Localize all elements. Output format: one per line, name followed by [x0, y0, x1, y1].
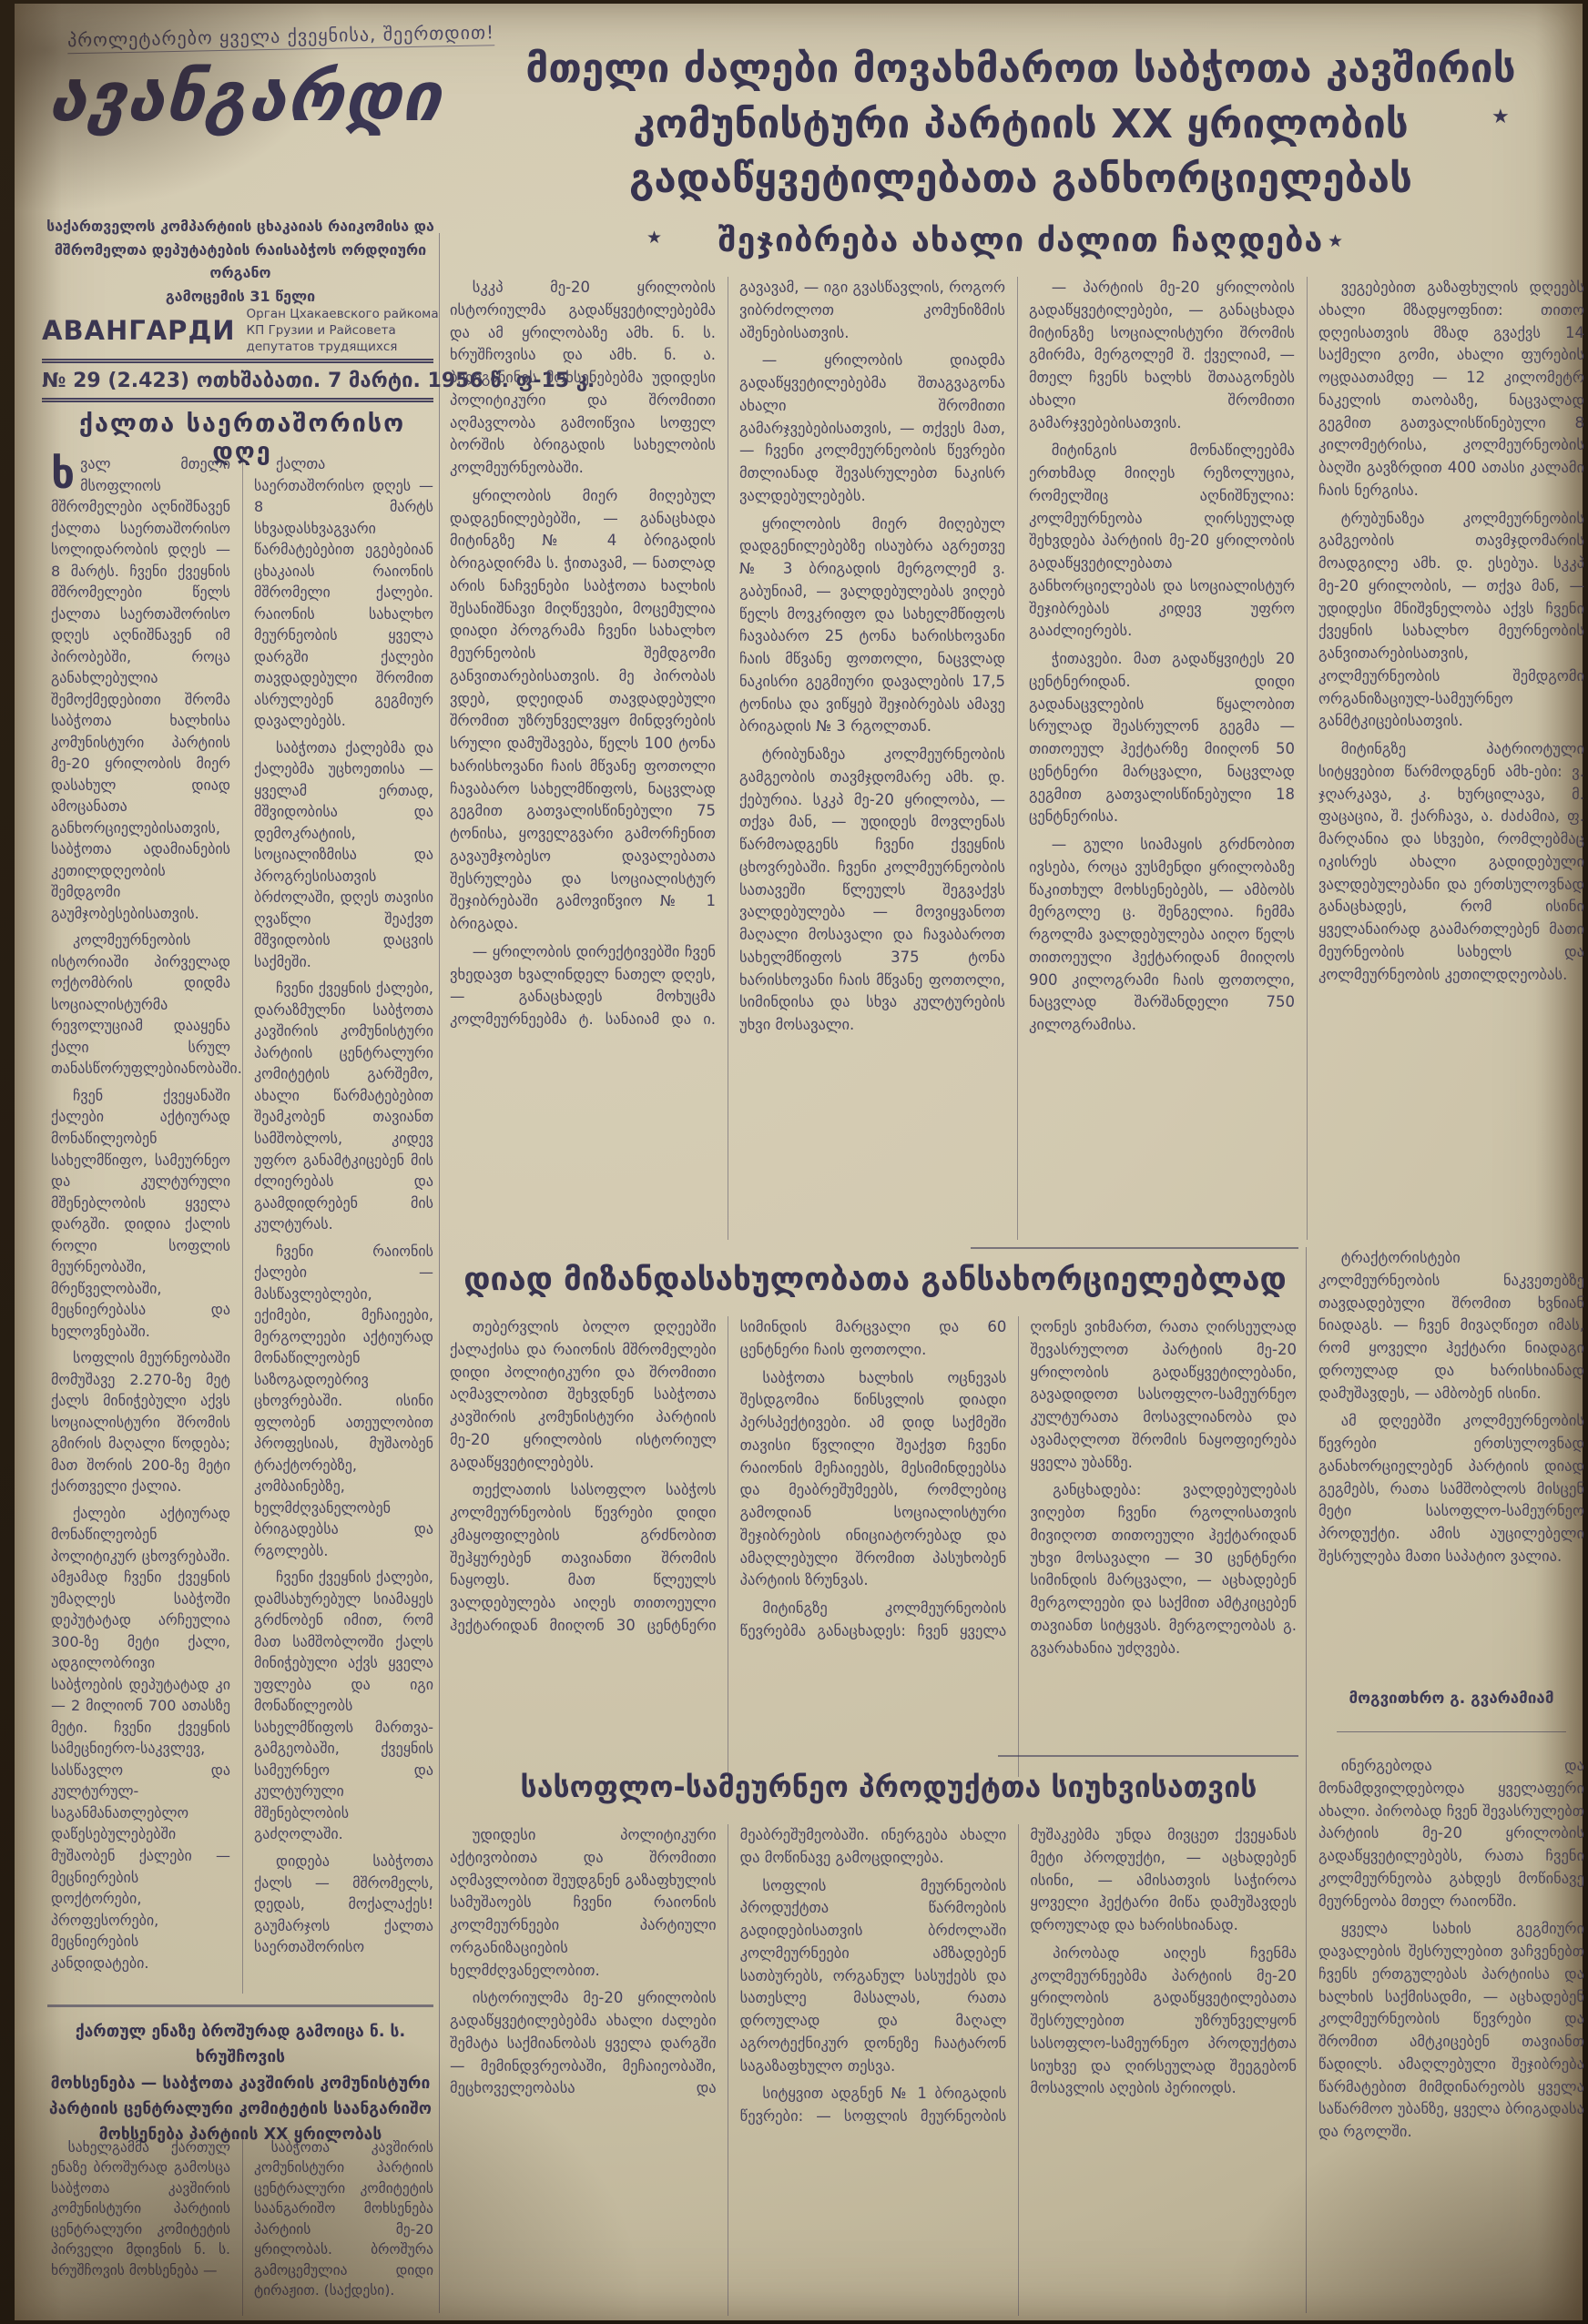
- byline: მოგვითხრო გ. გვარამიამ: [1318, 1690, 1584, 1708]
- paragraph: სკკპ მე-20 ყრილობის ისტორიულმა გადაწყვეტ…: [450, 277, 716, 480]
- paragraph: სოფლის მეურნეობაში მომუშავე 2.270-ზე მეტ…: [51, 1347, 230, 1497]
- russian-masthead: АВАНГАРДИ Орган Цхакаевского райкома КП …: [42, 306, 439, 356]
- masthead-subtitle-line2: მშრომელთა დეპუტატების რაისაბჭოს ორდღიური…: [42, 238, 439, 285]
- slogan-text: პროლეტარებო ყველა ქვეყნისა, შეერთდით!: [67, 21, 494, 54]
- agri-headline: სასოფლო-სამეურნეო პროდუქტთა სიუხვისათვის: [479, 1770, 1298, 1804]
- paragraph: ყველა სახის გეგმიური დავალების შესრულები…: [1318, 1918, 1584, 2144]
- paragraph: კოლმეურნეობის ისტორიაში პირველად ოქტომბრ…: [51, 929, 230, 1080]
- paragraph: ტრუბუნაზეა კოლმეურნეობის გამგეობის თავმჯ…: [1318, 508, 1584, 734]
- masthead-title: ავანგარდი: [43, 56, 449, 137]
- paragraph: ჩვენი ქვეყნის ქალები, დამსახურებულ სიამა…: [254, 1567, 433, 1845]
- lead-subheadline: შეჯიბრება ახალი ძალით ჩაღდება: [561, 222, 1481, 259]
- paragraph: ხვალ მთელი მსოფლიოს მშრომელები აღნიშნავე…: [51, 453, 230, 924]
- issue-line: № 29 (2.423) ოთხშაბათი. 7 მარტი. 1956 წ.…: [42, 359, 433, 402]
- lead-article-body: სკკპ მე-20 ყრილობის ისტორიულმა გადაწყვეტ…: [450, 277, 1584, 1240]
- russian-subtitle: Орган Цхакаевского райкома КП Грузии и Р…: [247, 306, 439, 356]
- agri-body: უდიდესი პოლიტიკური აქტივობითა და შრომითი…: [450, 1824, 1297, 2316]
- russian-title: АВАНГАРДИ: [42, 315, 236, 346]
- brochure-headline: ქართულ ენაზე ბროშურად გამოიცა ნ. ს. ხრუშ…: [44, 2019, 437, 2148]
- brochure-headline-line2: მოხსენება — საბჭოთა კავშირის კომუნისტური: [44, 2071, 437, 2096]
- brochure-body: სახელგამმა ქართულ ენაზე ბროშურად გამოსცა…: [51, 2137, 433, 2316]
- paragraph: ჭითავები. მათ გადაწყვიტეს 20 ცენტნერიდან…: [1029, 648, 1295, 828]
- paragraph: ჩვენ ქვეყანაში ქალები აქტიურად მონაწილეო…: [51, 1085, 230, 1342]
- masthead-subtitle-line1: საქართველოს კომპარტიის ცხაკაიას რაიკომის…: [42, 215, 439, 238]
- paragraph: ვეგებებით გაზაფხულის დღეებს ახალი მზადყო…: [1318, 277, 1584, 502]
- paragraph: ინერგებოდა და მონამდვილდებოდა ყველაფერი …: [1318, 1755, 1584, 1913]
- paragraph: სოფლის მეურნეობის პროდუქტთა წარმოების გა…: [740, 1875, 1007, 2078]
- section-rule: [47, 2004, 433, 2007]
- brochure-headline-line1: ქართულ ენაზე ბროშურად გამოიცა ნ. ს. ხრუშ…: [44, 2019, 437, 2071]
- paragraph: ტრიბუნაზეა კოლმეურნეობის გამგეობის თავმჯ…: [739, 744, 1005, 1037]
- paragraph: ჩვენი ქვეყნის ქალები, დარაზმულნი საბჭოთა…: [254, 978, 433, 1234]
- paragraph: ჩვენი რაიონის ქალები — მასწავლებლები, ექ…: [254, 1241, 433, 1562]
- paragraph: ყრილობის მიერ მიღებულ დადგენილებებზე ისა…: [739, 513, 1005, 739]
- lead-headline: მთელი ძალები მოვახმაროთ საბჭოთა კავშირის…: [452, 42, 1588, 208]
- paragraph: ტრაქტორისტები კოლმეურნეობის ნაკვეთებზე თ…: [1318, 1247, 1584, 1405]
- paragraph: საბჭოთა ხალხის ოცნევას შესდგომია წინსვლი…: [740, 1367, 1007, 1593]
- paragraph: — პარტიის მე-20 ყრილობის გადაწყვეტილებებ…: [1029, 277, 1295, 434]
- masthead-subtitle: საქართველოს კომპარტიის ცხაკაიას რაიკომის…: [42, 215, 439, 308]
- paragraph: განცხადება: ვალდებულებას ვიღებთ ჩვენი რგ…: [1030, 1479, 1297, 1659]
- womens-day-body: ხვალ მთელი მსოფლიოს მშრომელები აღნიშნავე…: [51, 453, 433, 1994]
- goals-headline: დიად მიზანდასახულობათა განსახორციელებლად: [452, 1262, 1298, 1298]
- continuation-body: ტრაქტორისტები კოლმეურნეობის ნაკვეთებზე თ…: [1318, 1247, 1584, 1675]
- masthead-subtitle-line3: გამოცემის 31 წელი: [42, 285, 439, 309]
- paragraph: ამ დღეებში კოლმეურნეობის წევრები ერთსულო…: [1318, 1410, 1584, 1568]
- right-column-bottom-body: ინერგებოდა და მონამდვილდებოდა ყველაფერი …: [1318, 1755, 1584, 2316]
- paragraph: ყრილობის მიერ მიღებულ დადგენილებებში, — …: [450, 485, 716, 936]
- paragraph: ქალთა საერთაშორისო დღეს — 8 მარტს სხვადა…: [254, 453, 433, 732]
- byline-rule: [1337, 1731, 1566, 1732]
- paragraph: უდიდესი პოლიტიკური აქტივობითა და შრომითი…: [450, 1824, 717, 1982]
- paragraph: საბჭოთა კავშირის კომუნისტური პარტიის ცენ…: [254, 2137, 433, 2301]
- star-icon: ★: [1491, 106, 1510, 128]
- goals-body: თებერვლის ბოლო დღეებში ქალაქისა და რაიონ…: [450, 1316, 1297, 1777]
- paragraph: საბჭოთა ქალებმა და ქალებმა უცხოეთისა — ყ…: [254, 737, 433, 973]
- paragraph: სახელგამმა ქართულ ენაზე ბროშურად გამოსცა…: [51, 2137, 230, 2280]
- paragraph: ქალები აქტიურად მონაწილეობენ პოლიტიკურ ც…: [51, 1503, 230, 1974]
- newspaper-scan: პროლეტარებო ყველა ქვეყნისა, შეერთდით! ავ…: [0, 0, 1588, 2324]
- column-divider-main: [439, 233, 440, 2313]
- newspaper-page: პროლეტარებო ყველა ქვეყნისა, შეერთდით! ავ…: [15, 4, 1583, 2320]
- paragraph: მიტინგზე პატრიოტული სიტყვებით წარმოდგნენ…: [1318, 738, 1584, 986]
- column-divider-right: [1306, 1247, 1307, 2313]
- lead-headline-line2: კომუნისტური პარტიის XX ყრილობის: [452, 97, 1588, 153]
- paragraph: თებერვლის ბოლო დღეებში ქალაქისა და რაიონ…: [450, 1316, 717, 1474]
- section-rule: [998, 1755, 1298, 1757]
- paragraph: პირობად აიღეს ჩვენმა კოლმეურნეებმა პარტი…: [1030, 1943, 1297, 2100]
- lead-headline-line3: გადაწყვეტილებათა განხორციელებას: [452, 152, 1588, 208]
- brochure-headline-line3: პარტიის ცენტრალური კომიტეტის საანგარიშო: [44, 2096, 437, 2122]
- lead-headline-line1: მთელი ძალები მოვახმაროთ საბჭოთა კავშირის: [452, 42, 1588, 97]
- paragraph: — გული სიამაყის გრძნობით ივსება, როცა ვუ…: [1029, 834, 1295, 1037]
- section-rule: [971, 1247, 1298, 1249]
- paragraph: — ყრილობის დიადმა გადაწყვეტილებებმა შთაგ…: [739, 350, 1005, 507]
- paragraph: მიტინგის მონაწილეებმა ერთხმად მიიღეს რეზ…: [1029, 440, 1295, 643]
